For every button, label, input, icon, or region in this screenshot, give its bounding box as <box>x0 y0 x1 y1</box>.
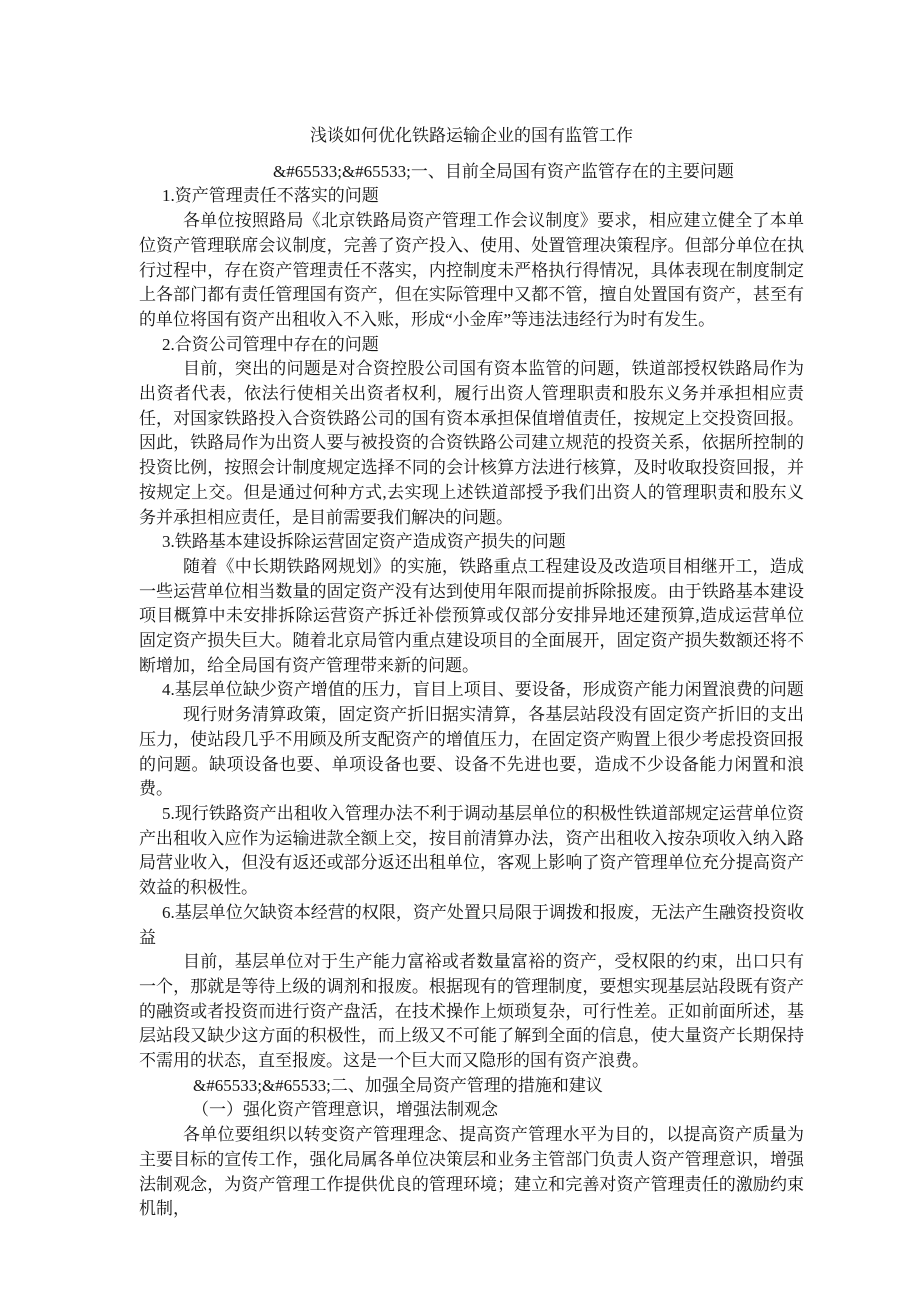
section-heading-two: &#65533;&#65533;二、加强全局资产管理的措施和建议 <box>139 1074 804 1099</box>
numbered-heading-1: 1.资产管理责任不落实的问题 <box>139 184 804 209</box>
document-page: 浅谈如何优化铁路运输企业的国有监管工作 &#65533;&#65533;一、目前… <box>0 0 920 1302</box>
document-content: 浅谈如何优化铁路运输企业的国有监管工作 &#65533;&#65533;一、目前… <box>139 124 804 1222</box>
numbered-heading-4: 4.基层单位缺少资产增值的压力，盲目上项目、要设备，形成资产能力闲置浪费的问题 <box>139 678 804 703</box>
section-heading-one: &#65533;&#65533;一、目前全局国有资产监管存在的主要问题 <box>139 160 804 185</box>
numbered-heading-5: 5.现行铁路资产出租收入管理办法不利于调动基层单位的积极性铁道部规定运营单位资产… <box>139 802 804 901</box>
numbered-heading-2: 2.合资公司管理中存在的问题 <box>139 333 804 358</box>
paragraph-joint-venture: 目前，突出的问题是对合资控股公司国有资本监管的问题，铁道部授权铁路局作为出资者代… <box>139 357 804 530</box>
numbered-heading-6: 6.基层单位欠缺资本经营的权限，资产处置只局限于调拨和报废，无法产生融资投资收益 <box>139 901 804 950</box>
paragraph-asset-responsibility: 各单位按照路局《北京铁路局资产管理工作会议制度》要求，相应建立健全了本单位资产管… <box>139 209 804 333</box>
document-title: 浅谈如何优化铁路运输企业的国有监管工作 <box>139 124 804 149</box>
sub-heading-one: （一）强化资产管理意识，增强法制观念 <box>139 1098 804 1123</box>
paragraph-construction-loss: 随着《中长期铁路网规划》的实施，铁路重点工程建设及改造项目相继开工，造成一些运营… <box>139 555 804 679</box>
paragraph-awareness: 各单位要组织以转变资产管理理念、提高资产管理水平为目的，以提高资产质量为主要目标… <box>139 1123 804 1222</box>
paragraph-depreciation: 现行财务清算政策，固定资产折旧据实清算，各基层站段没有固定资产折旧的支出压力，使… <box>139 703 804 802</box>
numbered-heading-3: 3.铁路基本建设拆除运营固定资产造成资产损失的问题 <box>139 530 804 555</box>
paragraph-capital-operation: 目前，基层单位对于生产能力富裕或者数量富裕的资产，受权限的约束，出口只有一个，那… <box>139 950 804 1074</box>
